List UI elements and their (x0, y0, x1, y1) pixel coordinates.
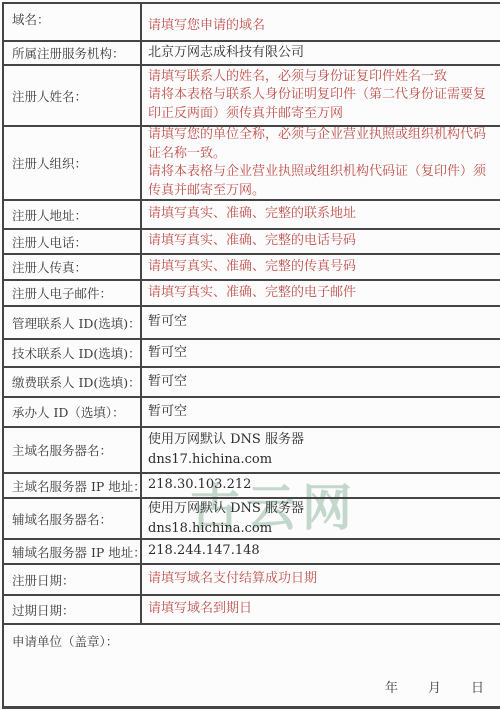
label-text: 辅域名服务器名： (12, 510, 112, 528)
row-value: 218.244.147.148 (142, 540, 500, 563)
date-line: 年 月 日 (385, 677, 484, 696)
label-text: 辅域名服务器 IP 地址： (12, 543, 146, 561)
label-text: 过期日期： (12, 601, 75, 619)
table-row-registrant-org: 注册人组织： 请填写您的单位全称，必须与企业营业执照或组织机构代码证名称一致。 … (4, 127, 500, 201)
row-value: 请填写您的单位全称，必须与企业营业执照或组织机构代码证名称一致。 请将本表格与企… (142, 127, 500, 199)
row-label: 管理联系人 ID(选填)： (4, 307, 142, 338)
value-line: 请将本表格与企业营业执照或组织机构代码证（复印件）须传真并邮寄至万网。 (148, 163, 496, 200)
label-text: 承办人 ID（选填）： (12, 403, 125, 421)
label-text: 域名： (12, 10, 50, 28)
value-line: 请填写域名支付结算成功日期 (148, 570, 496, 589)
table-row-primary-dns-ip: 主域名服务器 IP 地址： 218.30.103.212 (4, 474, 500, 499)
row-value: 请填写真实、准确、完整的联系地址 (142, 201, 500, 228)
table-row-billing-contact-id: 缴费联系人 ID(选填)： 暂可空 (4, 368, 500, 398)
value-line: 请填写您的单位全称，必须与企业营业执照或组织机构代码证名称一致。 (148, 126, 496, 163)
row-value: 218.30.103.212 (142, 474, 500, 497)
year-label: 年 (385, 677, 398, 696)
row-value: 请填写联系人的姓名，必须与身份证复印件姓名一致 请将本表格与联系人身份证明复印件… (142, 66, 500, 125)
row-value: 暂可空 (142, 398, 500, 426)
table-row-registrant-name: 注册人姓名： 请填写联系人的姓名，必须与身份证复印件姓名一致 请将本表格与联系人… (4, 66, 500, 127)
stamp-row: 申请单位（盖章）： 年 月 日 (4, 625, 500, 709)
table-row-secondary-dns-ip: 辅域名服务器 IP 地址： 218.244.147.148 (4, 540, 500, 565)
value-line: 暂可空 (148, 313, 496, 332)
row-value: 暂可空 (142, 340, 500, 366)
value-line: 请填写真实、准确、完整的联系地址 (148, 205, 496, 224)
row-value: 请填写真实、准确、完整的电话号码 (142, 230, 500, 253)
value-line: 北京万网志成科技有限公司 (148, 44, 496, 63)
row-value: 北京万网志成科技有限公司 (142, 42, 500, 64)
value-line: dns17.hichina.com (148, 450, 496, 470)
label-text: 注册人电子邮件： (12, 284, 112, 302)
table-row-registration-date: 注册日期： 请填写域名支付结算成功日期 (4, 565, 500, 596)
value-line: 218.30.103.212 (148, 476, 496, 495)
row-value: 请填写您申请的域名 (142, 4, 500, 40)
label-text: 注册日期： (12, 571, 75, 589)
row-label: 注册日期： (4, 565, 142, 594)
row-value: 请填写真实、准确、完整的传真号码 (142, 255, 500, 279)
value-line: 请填写真实、准确、完整的传真号码 (148, 258, 496, 277)
row-value: 暂可空 (142, 368, 500, 396)
table-row-domain: 域名： 请填写您申请的域名 (4, 4, 500, 42)
row-label: 主域名服务器 IP 地址： (4, 474, 142, 497)
row-label: 域名： (4, 4, 142, 40)
table-row-registrar: 所属注册服务机构： 北京万网志成科技有限公司 (4, 42, 500, 66)
row-value: 请填写域名支付结算成功日期 (142, 565, 500, 594)
table-row-primary-dns-name: 主域名服务器名： 使用万网默认 DNS 服务器 dns17.hichina.co… (4, 428, 500, 474)
label-text: 缴费联系人 ID(选填)： (12, 373, 141, 391)
label-text: 管理联系人 ID(选填)： (12, 314, 141, 332)
row-label: 缴费联系人 ID(选填)： (4, 368, 142, 396)
row-value: 请填写真实、准确、完整的电子邮件 (142, 281, 500, 305)
label-text: 技术联系人 ID(选填)： (12, 344, 141, 362)
row-label: 注册人电子邮件： (4, 281, 142, 305)
row-label: 所属注册服务机构： (4, 42, 142, 64)
value-line: 请填写域名到期日 (148, 600, 496, 619)
value-line: 使用万网默认 DNS 服务器 (148, 430, 496, 450)
label-text: 主域名服务器 IP 地址： (12, 477, 146, 495)
table-row-secondary-dns-name: 辅域名服务器名： 使用万网默认 DNS 服务器 dns18.hichina.co… (4, 499, 500, 540)
value-line: 请填写您申请的域名 (148, 17, 496, 36)
document-page: 古云网 域名： 请填写您申请的域名 所属注册服务机构： 北京万网志成科技有限公司… (0, 0, 500, 710)
table-row-registrant-fax: 注册人传真： 请填写真实、准确、完整的传真号码 (4, 255, 500, 281)
row-label: 注册人电话： (4, 230, 142, 253)
value-line: 218.244.147.148 (148, 542, 496, 561)
table-row-tech-contact-id: 技术联系人 ID(选填)： 暂可空 (4, 340, 500, 368)
row-label: 辅域名服务器 IP 地址： (4, 540, 142, 563)
value-line: 请将本表格与联系人身份证明复印件（第二代身份证需要复印正反两面）须传真并邮寄至万… (148, 86, 496, 123)
row-value: 暂可空 (142, 307, 500, 338)
row-value: 使用万网默认 DNS 服务器 dns17.hichina.com (142, 428, 500, 472)
table-row-registrant-address: 注册人地址： 请填写真实、准确、完整的联系地址 (4, 201, 500, 230)
value-line: 请填写真实、准确、完整的电子邮件 (148, 284, 496, 303)
row-label: 辅域名服务器名： (4, 499, 142, 538)
row-label: 过期日期： (4, 596, 142, 623)
value-line: dns18.hichina.com (148, 519, 496, 539)
table-row-registrant-phone: 注册人电话： 请填写真实、准确、完整的电话号码 (4, 230, 500, 255)
month-label: 月 (428, 677, 441, 696)
row-label: 主域名服务器名： (4, 428, 142, 472)
value-line: 暂可空 (148, 373, 496, 392)
table-row-expiry-date: 过期日期： 请填写域名到期日 (4, 596, 500, 625)
table-row-registrant-email: 注册人电子邮件： 请填写真实、准确、完整的电子邮件 (4, 281, 500, 307)
label-text: 主域名服务器名： (12, 441, 112, 459)
row-label: 注册人传真： (4, 255, 142, 279)
row-label: 技术联系人 ID(选填)： (4, 340, 142, 366)
value-line: 暂可空 (148, 403, 496, 422)
stamp-label: 申请单位（盖章）： (12, 634, 118, 649)
row-label: 注册人组织： (4, 127, 142, 199)
label-text: 注册人传真： (12, 258, 87, 276)
row-label: 注册人地址： (4, 201, 142, 228)
value-line: 请填写真实、准确、完整的电话号码 (148, 232, 496, 251)
label-text: 所属注册服务机构： (12, 44, 125, 62)
label-text: 注册人地址： (12, 206, 87, 224)
row-label: 注册人姓名： (4, 66, 142, 125)
value-line: 暂可空 (148, 344, 496, 363)
table-row-admin-contact-id: 管理联系人 ID(选填)： 暂可空 (4, 307, 500, 340)
label-text: 注册人组织： (12, 154, 87, 172)
value-line: 请填写联系人的姓名，必须与身份证复印件姓名一致 (148, 68, 496, 87)
row-value: 使用万网默认 DNS 服务器 dns18.hichina.com (142, 499, 500, 538)
registration-form-table: 域名： 请填写您申请的域名 所属注册服务机构： 北京万网志成科技有限公司 注册人… (2, 2, 500, 709)
row-label: 承办人 ID（选填）： (4, 398, 142, 426)
label-text: 注册人电话： (12, 233, 87, 251)
row-value: 请填写域名到期日 (142, 596, 500, 623)
value-line: 使用万网默认 DNS 服务器 (148, 499, 496, 519)
table-row-handler-id: 承办人 ID（选填）： 暂可空 (4, 398, 500, 428)
label-text: 注册人姓名： (12, 87, 87, 105)
day-label: 日 (471, 677, 484, 696)
